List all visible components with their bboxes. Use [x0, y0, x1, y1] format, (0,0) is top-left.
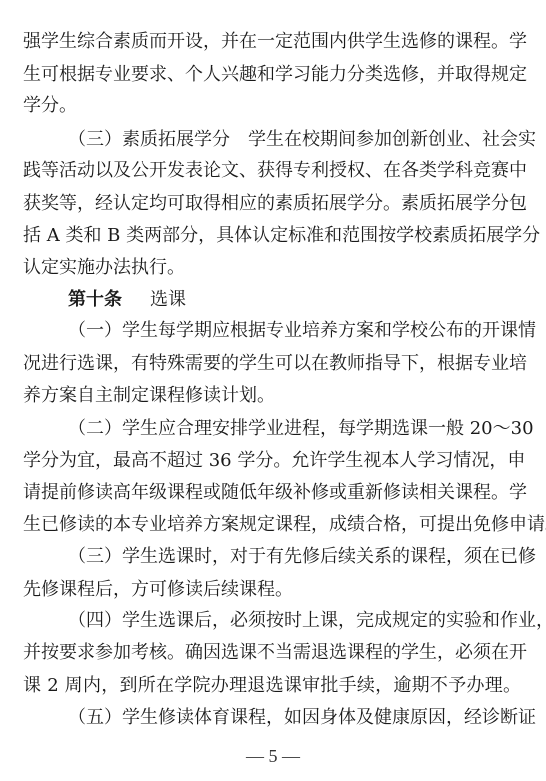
- clause-5-line-1: （五）学生修读体育课程，如因身体及健康原因，经诊断证: [68, 706, 521, 730]
- text-line-3: 学分。: [23, 94, 521, 118]
- document-page: 强学生综合素质而开设，并在一定范围内供学生选修的课程。学 生可根据专业要求、个人…: [0, 0, 546, 781]
- clause-4-line-3: 课 2 周内，到所在学院办理退选课审批手续，逾期不予办理。: [23, 674, 521, 698]
- clause-1-line-3: 养方案自主制定课程修读计划。: [23, 384, 521, 408]
- clause-1-line-2: 况进行选课，有特殊需要的学生可以在教师指导下，根据专业培: [23, 352, 521, 376]
- clause-3-line-1: （三）学生选课时，对于有先修后续关系的课程，须在已修: [68, 545, 521, 569]
- article-heading: 第十条选课: [68, 288, 521, 312]
- clause-3-line-2: 先修课程后，方可修读后续课程。: [23, 578, 521, 602]
- text-line-1: 强学生综合素质而开设，并在一定范围内供学生选修的课程。学: [23, 30, 521, 54]
- clause-2-line-1: （二）学生应合理安排学业进程，每学期选课一般 20～30: [68, 417, 521, 441]
- text-line-6: 获奖等，经认定均可取得相应的素质拓展学分。素质拓展学分包: [23, 192, 521, 216]
- clause-4-line-2: 并按要求参加考核。确因选课不当需退选课程的学生，必须在开: [23, 641, 521, 665]
- clause-1-line-1: （一）学生每学期应根据专业培养方案和学校公布的开课情: [68, 319, 521, 343]
- clause-2-line-4: 生已修读的本专业培养方案规定课程，成绩合格，可提出免修申请。: [23, 513, 521, 537]
- text-line-2: 生可根据专业要求、个人兴趣和学习能力分类选修，并取得规定: [23, 63, 521, 87]
- paragraph-quality-credits-line-1: （三）素质拓展学分 学生在校期间参加创新创业、社会实: [68, 128, 521, 152]
- clause-4-line-1: （四）学生选课后，必须按时上课，完成规定的实验和作业，: [68, 609, 521, 633]
- text-line-8: 认定实施办法执行。: [23, 256, 521, 280]
- clause-2-line-3: 请提前修读高年级课程或随低年级补修或重新修读相关课程。学: [23, 481, 521, 505]
- page-number: — 5 —: [0, 744, 546, 768]
- article-title: 选课: [150, 289, 186, 310]
- text-line-5: 践等活动以及公开发表论文、获得专利授权、在各类学科竞赛中: [23, 159, 521, 183]
- clause-2-line-2: 学分为宜，最高不超过 36 学分。允许学生视本人学习情况，申: [23, 449, 521, 473]
- text-line-7: 括 A 类和 B 类两部分，具体认定标准和范围按学校素质拓展学分: [23, 224, 521, 248]
- article-number: 第十条: [68, 289, 122, 310]
